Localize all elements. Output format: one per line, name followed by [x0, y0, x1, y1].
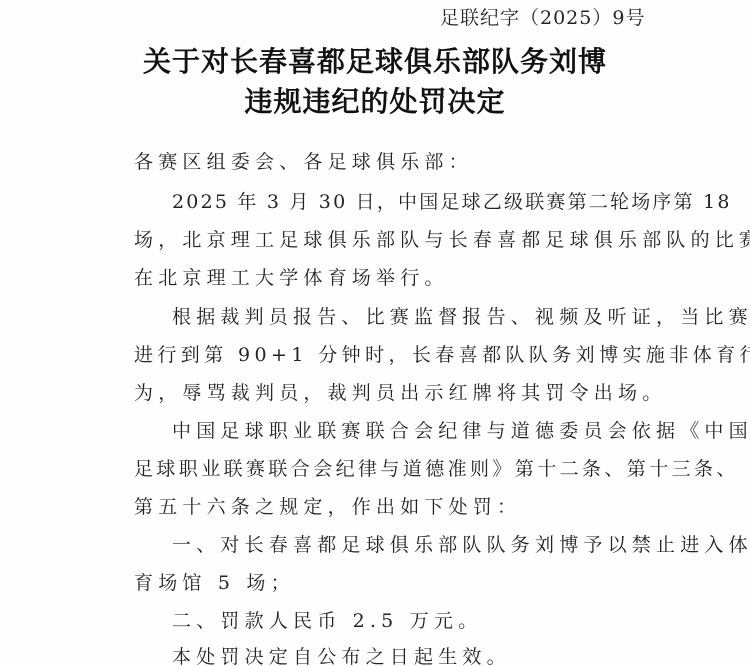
paragraph-2-line-2: 进行到第 90+1 分钟时，长春喜都队队务刘博实施非体育行: [134, 343, 750, 367]
penalty-item-1-line-1: 一、对长春喜都足球俱乐部队队务刘博予以禁止进入体: [172, 533, 750, 557]
penalty-item-2: 二、罚款人民币 2.5 万元。: [172, 609, 482, 633]
document-title-line-1: 关于对长春喜都足球俱乐部队务刘博: [0, 40, 750, 80]
paragraph-3-line-3: 第五十六条之规定，作出如下处罚：: [134, 495, 521, 519]
document-title-line-2: 违规违纪的处罚决定: [0, 80, 750, 120]
paragraph-3-line-2: 足球职业联赛联合会纪律与道德准则》第十二条、第十三条、: [134, 457, 739, 481]
effective-statement: 本处罚决定自公布之日起生效。: [172, 645, 511, 666]
paragraph-2-line-3: 为，辱骂裁判员，裁判员出示红牌将其罚令出场。: [134, 381, 666, 405]
penalty-item-1-line-2: 育场馆 5 场；: [134, 571, 295, 595]
paragraph-1-line-2: 场，北京理工足球俱乐部队与长春喜都足球俱乐部队的比赛: [134, 228, 750, 252]
document-page: 足联纪字（2025）9号 关于对长春喜都足球俱乐部队务刘博 违规违纪的处罚决定 …: [0, 0, 750, 666]
salutation: 各赛区组委会、各足球俱乐部：: [134, 150, 473, 174]
paragraph-1-line-1: 2025 年 3 月 30 日，中国足球乙级联赛第二轮场序第 18: [172, 190, 732, 214]
paragraph-2-line-1: 根据裁判员报告、比赛监督报告、视频及听证，当比赛: [172, 305, 750, 329]
paragraph-3-line-1: 中国足球职业联赛联合会纪律与道德委员会依据《中国: [172, 419, 750, 443]
paragraph-1-line-3: 在北京理工大学体育场举行。: [134, 266, 449, 290]
document-number: 足联纪字（2025）9号: [440, 3, 645, 30]
